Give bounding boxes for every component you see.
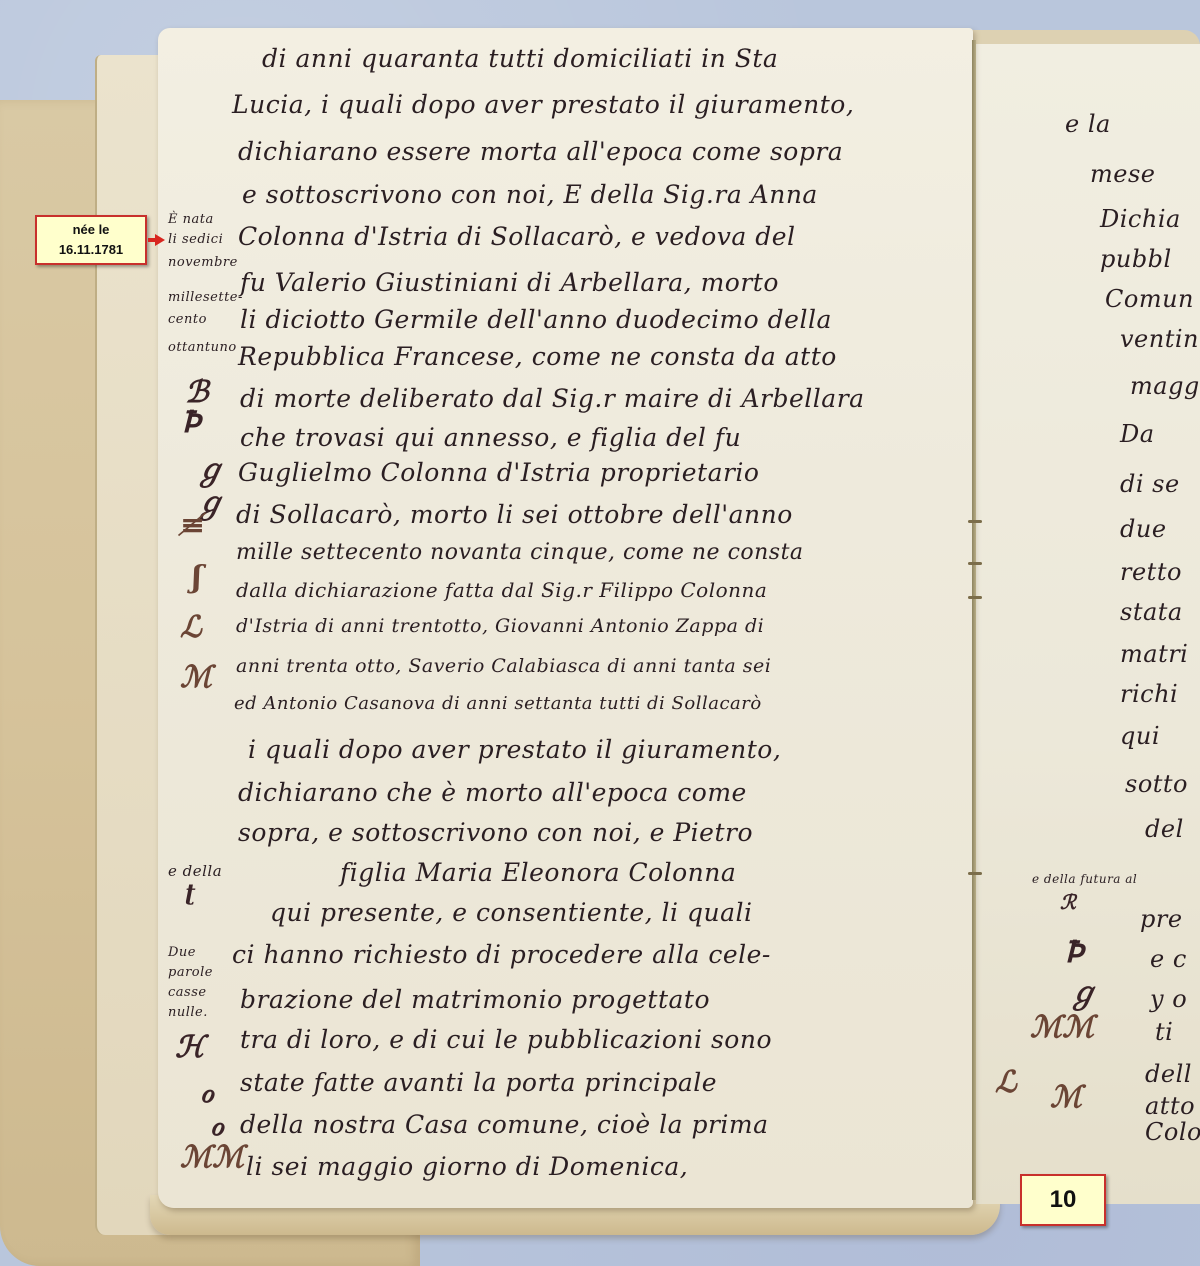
margin-note-line: millesette- [168,290,243,305]
margin-note-line: È nata [168,212,214,227]
handwritten-line: Da [1120,420,1155,448]
margin-note-line: parole [168,965,213,980]
handwritten-line: dichiarano che è morto all'epoca come [238,778,747,807]
handwritten-line: Repubblica Francese, come ne consta da a… [238,342,837,371]
margin-note-line: li sedici [168,232,223,247]
binding-stitch [968,596,982,599]
handwritten-line: dell [1145,1060,1192,1088]
margin-note-line: ottantuno [168,340,237,355]
binding-stitch [968,872,982,875]
handwritten-line: mese [1090,160,1155,188]
margin-paraph: ℋ [175,1030,205,1065]
handwritten-line: state fatte avanti la porta principale [240,1068,717,1097]
handwritten-line: Dichia [1100,205,1181,233]
handwritten-line: fu Valerio Giustiniani di Arbellara, mor… [240,268,779,297]
handwritten-line: Comun [1105,285,1194,313]
margin-della-note: e della [168,862,222,880]
handwritten-line: brazione del matrimonio progettato [240,985,710,1014]
handwritten-line: di se [1120,470,1180,498]
handwritten-line: pubbl [1100,245,1172,273]
binding-stitch [968,520,982,523]
handwritten-line: dichiarano essere morta all'epoca come s… [238,137,843,166]
handwritten-line: di anni quaranta tutti domiciliati in St… [262,44,778,73]
margin-paraph: ℊ [1068,968,1098,1012]
handwritten-line: ti [1155,1018,1173,1046]
handwritten-line: richi [1120,680,1178,708]
handwritten-line: li diciotto Germile dell'anno duodecimo … [240,305,832,334]
handwritten-line: anni trenta otto, Saverio Calabiasca di … [236,655,771,677]
handwritten-line: ventin [1120,325,1199,353]
handwritten-line: qui presente, e consentiente, li quali [270,898,753,927]
margin-paraph: ℒ [180,610,202,645]
handwritten-line: sopra, e sottoscrivono con noi, e Pietro [238,818,753,847]
binding-stitch [968,562,982,565]
handwritten-line: Guglielmo Colonna d'Istria proprietario [238,458,759,487]
handwritten-line: tra di loro, e di cui le pubblicazioni s… [240,1025,772,1054]
margin-paraph: ℳ [180,660,212,695]
right-margin-note: e della futura al [1032,872,1137,886]
birth-date-callout: née le 16.11.1781 [35,215,147,265]
handwritten-line: retto [1120,558,1182,586]
handwritten-line: di Sollacarò, morto li sei ottobre dell'… [236,500,793,529]
handwritten-line: Lucia, i quali dopo aver prestato il giu… [232,90,854,119]
handwritten-line: magg [1130,372,1200,400]
margin-paraph: Ꝥ [1065,935,1083,970]
handwritten-line: Colo [1145,1118,1200,1146]
handwritten-line: dalla dichiarazione fatta dal Sig.r Fili… [236,578,767,602]
margin-note-line: cento [168,312,207,327]
handwritten-line: d'Istria di anni trentotto, Giovanni Ant… [236,615,764,637]
margin-paraph: ℳℳ [1030,1010,1094,1045]
handwritten-line: pre [1140,905,1183,933]
birth-callout-line2: 16.11.1781 [37,240,145,260]
handwritten-line: atto [1145,1092,1195,1120]
margin-paraph: ʃ [192,560,202,595]
margin-note-line: novembre [168,255,238,270]
book-spine [972,40,976,1200]
handwritten-line: del [1145,815,1184,843]
handwritten-line: matri [1120,640,1188,668]
handwritten-line: Colonna d'Istria di Sollacarò, e vedova … [238,222,796,251]
margin-note-line: nulle. [168,1005,208,1020]
handwritten-line: della nostra Casa comune, cioè la prima [240,1110,769,1139]
handwritten-line: stata [1120,598,1183,626]
margin-paraph: ℴ [210,1108,224,1143]
handwritten-line: e c [1150,945,1187,973]
handwritten-line: ci hanno richiesto di procedere alla cel… [232,940,771,969]
page-number-badge: 10 [1020,1174,1106,1226]
handwritten-line: li sei maggio giorno di Domenica, [246,1152,688,1181]
margin-paraph: ʈ [185,880,195,906]
margin-paraph: Ꝥ [182,405,200,440]
handwritten-line: che trovasi qui annesso, e figlia del fu [240,423,741,452]
margin-paraph: ℒ [995,1065,1017,1100]
handwritten-line: di morte deliberato dal Sig.r maire di A… [240,384,865,413]
handwritten-line: mille settecento novanta cinque, come ne… [236,540,804,565]
margin-paraph: ℳℳ [180,1140,244,1175]
margin-note-line: casse [168,985,207,1000]
margin-paraph: ℴ [200,1075,214,1110]
handwritten-line: ed Antonio Casanova di anni settanta tut… [234,693,762,714]
handwritten-line: e la [1065,110,1111,138]
margin-paraph: ℳ [1050,1080,1082,1115]
margin-note-line: Due [168,945,196,960]
birth-callout-line1: née le [37,220,145,240]
handwritten-line: qui [1120,722,1160,750]
margin-paraph: ℛ [1060,890,1076,914]
handwritten-line: y o [1150,985,1187,1013]
handwritten-line: sotto [1125,770,1188,798]
margin-paraph: ≢ [180,508,205,543]
handwritten-line: due [1120,515,1167,543]
handwritten-line: figlia Maria Eleonora Colonna [340,858,736,887]
handwritten-line: i quali dopo aver prestato il giuramento… [248,735,781,764]
handwritten-line: e sottoscrivono con noi, E della Sig.ra … [242,180,818,209]
